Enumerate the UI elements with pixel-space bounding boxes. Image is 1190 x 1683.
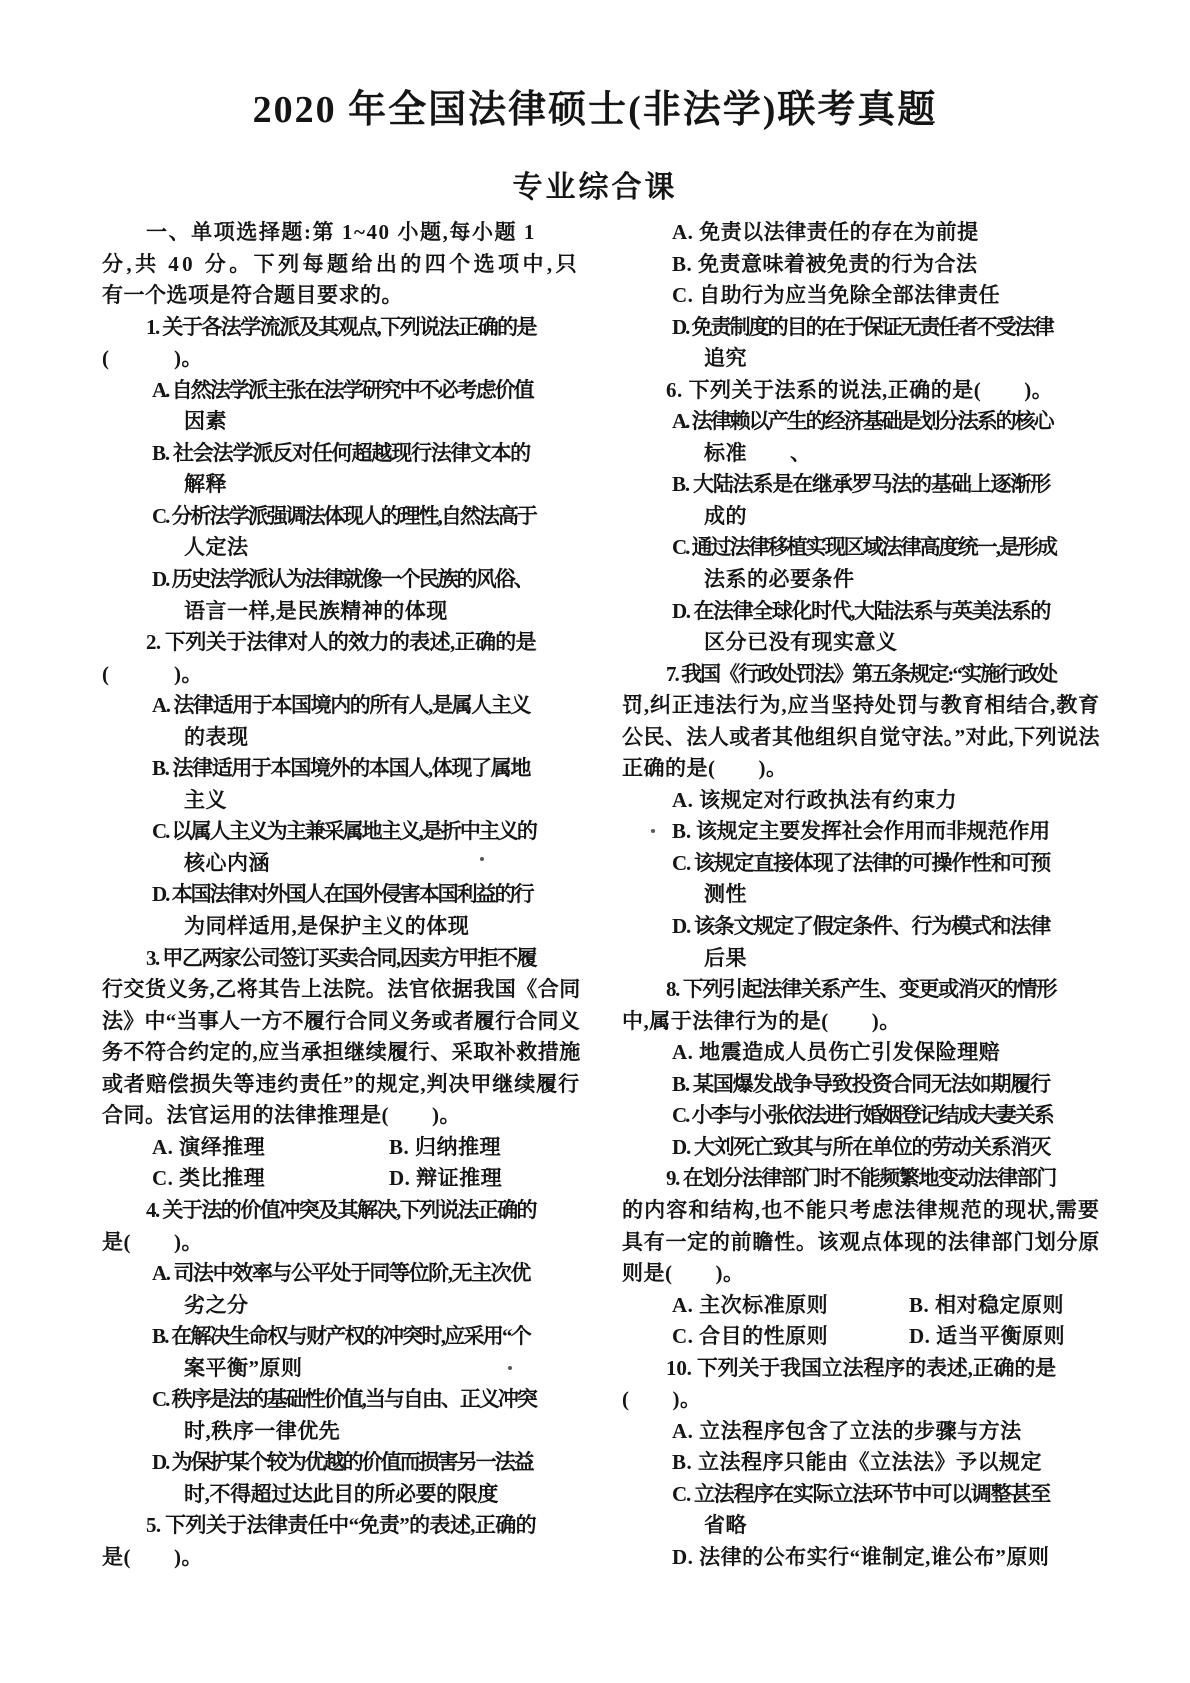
line-text: 时,秩序一律优先: [102, 1419, 340, 1443]
option-continuation-line: 为同样适用,是保护主义的体现: [102, 911, 580, 943]
stem-continuation-line: 合同。法官运用的法律推理是( )。: [102, 1100, 580, 1132]
option-line: D. 在法律全球化时代,大陆法系与英美法系的: [622, 596, 1100, 628]
question-stem-line: 2. 下列关于法律对人的效力的表述,正确的是: [102, 627, 580, 659]
line-text: 人定法: [102, 535, 249, 559]
option-continuation-line: 标准 、: [622, 438, 1100, 470]
option-continuation-line: 因素: [102, 406, 580, 438]
option-continuation-line: 的表现: [102, 722, 580, 754]
line-text: 是( )。: [102, 1545, 203, 1569]
line-text: 公民、法人或者其他组织自觉守法。”对此,下列说法: [622, 725, 1100, 749]
line-text: 8. 下列引起法律关系产生、变更或消灭的情形: [622, 977, 1056, 1001]
section-header-line: 有一个选项是符合题目要求的。: [102, 280, 580, 312]
stem-continuation-line: ( )。: [102, 343, 580, 375]
line-text: D. 免责制度的目的在于保证无责任者不受法律: [622, 315, 1053, 339]
scan-speckle-artifact: [508, 1366, 512, 1370]
line-text: D. 历史法学派认为法律就像一个民族的风俗、: [102, 567, 533, 591]
line-text: 3. 甲乙两家公司签订买卖合同,因卖方甲拒不履: [102, 946, 536, 970]
stem-continuation-line: 正确的是( )。: [622, 753, 1100, 785]
line-text: 后果: [622, 946, 747, 970]
question-stem-line: 5. 下列关于法律责任中“免责”的表述,正确的: [102, 1510, 580, 1542]
line-text: D. 法律的公布实行“谁制定,谁公布”原则: [622, 1545, 1049, 1569]
option-line: C. 小李与小张依法进行婚姻登记结成夫妻关系: [622, 1100, 1100, 1132]
line-text: ( )。: [102, 346, 203, 370]
option-line: D. 为保护某个较为优越的价值而损害另一法益: [102, 1447, 580, 1479]
question-stem-line: 4. 关于法的价值冲突及其解决,下列说法正确的: [102, 1195, 580, 1227]
line-text: 合同。法官运用的法律推理是( )。: [102, 1103, 461, 1127]
option-line: D. 法律的公布实行“谁制定,谁公布”原则: [622, 1542, 1100, 1574]
option-line: D. 历史法学派认为法律就像一个民族的风俗、: [102, 564, 580, 596]
line-text: 10. 下列关于我国立法程序的表述,正确的是: [622, 1356, 1056, 1380]
option-continuation-line: 解释: [102, 469, 580, 501]
line-text: B. 社会法学派反对任何超越现行法律文本的: [102, 441, 530, 465]
line-text: 测性: [622, 882, 747, 906]
option-line: D. 该条文规定了假定条件、行为模式和法律: [622, 911, 1100, 943]
stem-continuation-line: 或者赔偿损失等违约责任”的规定,判决甲继续履行: [102, 1069, 580, 1101]
option-continuation-line: 时,秩序一律优先: [102, 1416, 580, 1448]
option-line: A. 立法程序包含了立法的步骤与方法: [622, 1416, 1100, 1448]
stem-continuation-line: 行交货义务,乙将其告上法院。法官依据我国《合同: [102, 974, 580, 1006]
option-line: B. 社会法学派反对任何超越现行法律文本的: [102, 438, 580, 470]
option-line: B. 大陆法系是在继承罗马法的基础上逐渐形: [622, 469, 1100, 501]
line-text: C. 该规定直接体现了法律的可操作性和可预: [622, 851, 1050, 875]
option-line: B. 立法程序只能由《立法法》予以规定: [622, 1447, 1100, 1479]
option-continuation-line: 人定法: [102, 532, 580, 564]
line-text: A. 免责以法律责任的存在为前提: [622, 220, 979, 244]
line-text: B. 立法程序只能由《立法法》予以规定: [622, 1450, 1042, 1474]
line-text: B. 法律适用于本国境外的本国人,体现了属地: [102, 756, 530, 780]
stem-continuation-line: 则是( )。: [622, 1258, 1100, 1290]
line-text: 一、单项选择题:第 1~40 小题,每小题 1: [102, 220, 536, 244]
line-text: 是( )。: [102, 1230, 203, 1254]
line-text: 核心内涵: [102, 851, 270, 875]
option-pair-line: A. 主次标准原则B. 相对稳定原则: [622, 1290, 1100, 1322]
question-stem-line: 6. 下列关于法系的说法,正确的是( )。: [622, 375, 1100, 407]
line-text: 时,不得超过达此目的所必要的限度: [102, 1482, 498, 1506]
line-text: C. 通过法律移植实现区域法律高度统一,是形成: [622, 535, 1056, 559]
stem-continuation-line: 中,属于法律行为的是( )。: [622, 1006, 1100, 1038]
option-continuation-line: 后果: [622, 943, 1100, 975]
line-text: 分,共 40 分。下列每题给出的四个选项中,只: [102, 252, 580, 276]
line-text: C. 分析法学派强调法体现人的理性,自然法高于: [102, 504, 536, 528]
line-text: 解释: [102, 472, 227, 496]
line-text: 主义: [102, 788, 227, 812]
line-text: C. 小李与小张依法进行婚姻登记结成夫妻关系: [622, 1103, 1053, 1127]
line-text: B. 免责意味着被免责的行为合法: [622, 252, 978, 276]
stem-continuation-line: 是( )。: [102, 1227, 580, 1259]
option-continuation-line: 成的: [622, 501, 1100, 533]
option-line: C. 以属人主义为主兼采属地主义,是折中主义的: [102, 816, 580, 848]
line-text: A. 立法程序包含了立法的步骤与方法: [622, 1419, 1022, 1443]
line-text: A. 该规定对行政执法有约束力: [622, 788, 957, 812]
option-item: C. 合目的性原则: [672, 1321, 828, 1353]
option-item: A. 主次标准原则: [672, 1290, 828, 1322]
option-line: A. 该规定对行政执法有约束力: [622, 785, 1100, 817]
line-text: 或者赔偿损失等违约责任”的规定,判决甲继续履行: [102, 1072, 580, 1096]
option-continuation-line: 追究: [622, 343, 1100, 375]
option-item: B. 归纳推理: [389, 1132, 501, 1164]
line-text: 正确的是( )。: [622, 756, 788, 780]
stem-continuation-line: 法》中“当事人一方不履行合同义务或者履行合同义: [102, 1006, 580, 1038]
page-title: 2020 年全国法律硕士(非法学)联考真题: [0, 78, 1190, 133]
option-pair-line: C. 合目的性原则D. 适当平衡原则: [622, 1321, 1100, 1353]
section-header-line: 分,共 40 分。下列每题给出的四个选项中,只: [102, 249, 580, 281]
line-text: 2. 下列关于法律对人的效力的表述,正确的是: [102, 630, 536, 654]
line-text: 的表现: [102, 725, 249, 749]
option-line: C. 秩序是法的基础性价值,当与自由、正义冲突: [102, 1384, 580, 1416]
option-line: B. 某国爆发战争导致投资合同无法如期履行: [622, 1069, 1100, 1101]
line-text: 劣之分: [102, 1293, 249, 1317]
line-text: 4. 关于法的价值冲突及其解决,下列说法正确的: [102, 1198, 536, 1222]
option-item: A. 演绎推理: [152, 1132, 265, 1164]
option-continuation-line: 主义: [102, 785, 580, 817]
option-continuation-line: 省略: [622, 1510, 1100, 1542]
line-text: 6. 下列关于法系的说法,正确的是( )。: [622, 378, 1053, 402]
stem-continuation-line: ( )。: [102, 659, 580, 691]
line-text: 有一个选项是符合题目要求的。: [102, 283, 403, 307]
option-line: B. 免责意味着被免责的行为合法: [622, 249, 1100, 281]
line-text: 区分已没有现实意义: [622, 630, 898, 654]
question-stem-line: 7. 我国《行政处罚法》第五条规定:“实施行政处: [622, 659, 1100, 691]
line-text: 语言一样,是民族精神的体现: [102, 599, 448, 623]
stem-continuation-line: 公民、法人或者其他组织自觉守法。”对此,下列说法: [622, 722, 1100, 754]
option-continuation-line: 语言一样,是民族精神的体现: [102, 596, 580, 628]
line-text: C. 秩序是法的基础性价值,当与自由、正义冲突: [102, 1387, 536, 1411]
option-line: D. 本国法律对外国人在国外侵害本国利益的行: [102, 879, 580, 911]
line-text: 追究: [622, 346, 747, 370]
line-text: A. 法律赖以产生的经济基础是划分法系的核心: [622, 409, 1053, 433]
line-text: 务不符合约定的,应当承担继续履行、采取补救措施: [102, 1040, 581, 1064]
line-text: B. 大陆法系是在继承罗马法的基础上逐渐形: [622, 472, 1050, 496]
option-line: A. 司法中效率与公平处于同等位阶,无主次优: [102, 1258, 580, 1290]
line-text: C. 立法程序在实际立法环节中可以调整甚至: [622, 1482, 1050, 1506]
option-line: D. 大刘死亡致其与所在单位的劳动关系消灭: [622, 1132, 1100, 1164]
line-text: 为同样适用,是保护主义的体现: [102, 914, 469, 938]
option-item: D. 辩证推理: [389, 1163, 502, 1195]
option-line: C. 立法程序在实际立法环节中可以调整甚至: [622, 1479, 1100, 1511]
option-line: C. 自助行为应当免除全部法律责任: [622, 280, 1100, 312]
line-text: 具有一定的前瞻性。该观点体现的法律部门划分原: [622, 1230, 1100, 1254]
line-text: 省略: [622, 1513, 747, 1537]
scan-speckle-artifact: [480, 857, 484, 861]
stem-continuation-line: 务不符合约定的,应当承担继续履行、采取补救措施: [102, 1037, 580, 1069]
option-line: A. 法律赖以产生的经济基础是划分法系的核心: [622, 406, 1100, 438]
section-header-line: 一、单项选择题:第 1~40 小题,每小题 1: [102, 217, 580, 249]
line-text: B. 该规定主要发挥社会作用而非规范作用: [622, 819, 1050, 843]
option-item: C. 类比推理: [152, 1163, 265, 1195]
option-pair-line: A. 演绎推理B. 归纳推理: [102, 1132, 580, 1164]
line-text: 行交货义务,乙将其告上法院。法官依据我国《合同: [102, 977, 581, 1001]
question-stem-line: 3. 甲乙两家公司签订买卖合同,因卖方甲拒不履: [102, 943, 580, 975]
stem-continuation-line: 具有一定的前瞻性。该观点体现的法律部门划分原: [622, 1227, 1100, 1259]
option-continuation-line: 区分已没有现实意义: [622, 627, 1100, 659]
question-stem-line: 10. 下列关于我国立法程序的表述,正确的是: [622, 1353, 1100, 1385]
line-text: B. 在解决生命权与财产权的冲突时,应采用“个: [102, 1324, 530, 1348]
line-text: 7. 我国《行政处罚法》第五条规定:“实施行政处: [622, 662, 1056, 686]
option-line: D. 免责制度的目的在于保证无责任者不受法律: [622, 312, 1100, 344]
stem-continuation-line: 罚,纠正违法行为,应当坚持处罚与教育相结合,教育: [622, 690, 1100, 722]
option-line: A. 法律适用于本国境内的所有人,是属人主义: [102, 690, 580, 722]
left-column: 一、单项选择题:第 1~40 小题,每小题 1分,共 40 分。下列每题给出的四…: [102, 217, 580, 1574]
section-title: 专业综合课: [0, 162, 1190, 206]
line-text: A. 地震造成人员伤亡引发保险理赔: [622, 1040, 1000, 1064]
line-text: 标准 、: [622, 441, 812, 465]
option-continuation-line: 测性: [622, 879, 1100, 911]
option-continuation-line: 核心内涵: [102, 848, 580, 880]
line-text: ( )。: [622, 1387, 702, 1411]
line-text: D. 在法律全球化时代,大陆法系与英美法系的: [622, 599, 1050, 623]
line-text: D. 为保护某个较为优越的价值而损害另一法益: [102, 1450, 533, 1474]
stem-continuation-line: 是( )。: [102, 1542, 580, 1574]
exam-paper-page: 2020 年全国法律硕士(非法学)联考真题 专业综合课 一、单项选择题:第 1~…: [0, 0, 1190, 1683]
line-text: 的内容和结构,也不能只考虑法律规范的现状,需要: [622, 1198, 1100, 1222]
line-text: 法》中“当事人一方不履行合同义务或者履行合同义: [102, 1009, 580, 1033]
stem-continuation-line: 的内容和结构,也不能只考虑法律规范的现状,需要: [622, 1195, 1100, 1227]
question-stem-line: 9. 在划分法律部门时不能频繁地变动法律部门: [622, 1163, 1100, 1195]
line-text: B. 某国爆发战争导致投资合同无法如期履行: [622, 1072, 1050, 1096]
line-text: 5. 下列关于法律责任中“免责”的表述,正确的: [102, 1513, 536, 1537]
option-line: C. 通过法律移植实现区域法律高度统一,是形成: [622, 532, 1100, 564]
option-continuation-line: 法系的必要条件: [622, 564, 1100, 596]
line-text: 则是( )。: [622, 1261, 745, 1285]
option-line: B. 该规定主要发挥社会作用而非规范作用: [622, 816, 1100, 848]
question-stem-line: 1. 关于各法学流派及其观点,下列说法正确的是: [102, 312, 580, 344]
option-line: C. 分析法学派强调法体现人的理性,自然法高于: [102, 501, 580, 533]
line-text: 案平衡”原则: [102, 1356, 303, 1380]
option-pair-line: C. 类比推理D. 辩证推理: [102, 1163, 580, 1195]
line-text: D. 该条文规定了假定条件、行为模式和法律: [622, 914, 1050, 938]
right-column: A. 免责以法律责任的存在为前提B. 免责意味着被免责的行为合法C. 自助行为应…: [622, 217, 1100, 1574]
option-line: B. 在解决生命权与财产权的冲突时,应采用“个: [102, 1321, 580, 1353]
option-item: D. 适当平衡原则: [909, 1321, 1065, 1353]
line-text: A. 法律适用于本国境内的所有人,是属人主义: [102, 693, 530, 717]
question-stem-line: 8. 下列引起法律关系产生、变更或消灭的情形: [622, 974, 1100, 1006]
line-text: ( )。: [102, 662, 203, 686]
option-continuation-line: 时,不得超过达此目的所必要的限度: [102, 1479, 580, 1511]
line-text: 9. 在划分法律部门时不能频繁地变动法律部门: [622, 1166, 1056, 1190]
option-continuation-line: 劣之分: [102, 1290, 580, 1322]
option-item: B. 相对稳定原则: [909, 1290, 1064, 1322]
line-text: 因素: [102, 409, 227, 433]
option-line: C. 该规定直接体现了法律的可操作性和可预: [622, 848, 1100, 880]
line-text: C. 以属人主义为主兼采属地主义,是折中主义的: [102, 819, 536, 843]
line-text: 罚,纠正违法行为,应当坚持处罚与教育相结合,教育: [622, 693, 1100, 717]
line-text: D. 大刘死亡致其与所在单位的劳动关系消灭: [622, 1135, 1050, 1159]
line-text: A. 司法中效率与公平处于同等位阶,无主次优: [102, 1261, 530, 1285]
line-text: 1. 关于各法学流派及其观点,下列说法正确的是: [102, 315, 536, 339]
option-line: B. 法律适用于本国境外的本国人,体现了属地: [102, 753, 580, 785]
option-line: A. 自然法学派主张在法学研究中不必考虑价值: [102, 375, 580, 407]
option-line: A. 地震造成人员伤亡引发保险理赔: [622, 1037, 1100, 1069]
line-text: A. 自然法学派主张在法学研究中不必考虑价值: [102, 378, 533, 402]
line-text: C. 自助行为应当免除全部法律责任: [622, 283, 1000, 307]
line-text: 成的: [622, 504, 747, 528]
line-text: 中,属于法律行为的是( )。: [622, 1009, 901, 1033]
scan-speckle-artifact: [651, 829, 655, 833]
stem-continuation-line: ( )。: [622, 1384, 1100, 1416]
line-text: D. 本国法律对外国人在国外侵害本国利益的行: [102, 882, 533, 906]
line-text: 法系的必要条件: [622, 567, 855, 591]
option-line: A. 免责以法律责任的存在为前提: [622, 217, 1100, 249]
